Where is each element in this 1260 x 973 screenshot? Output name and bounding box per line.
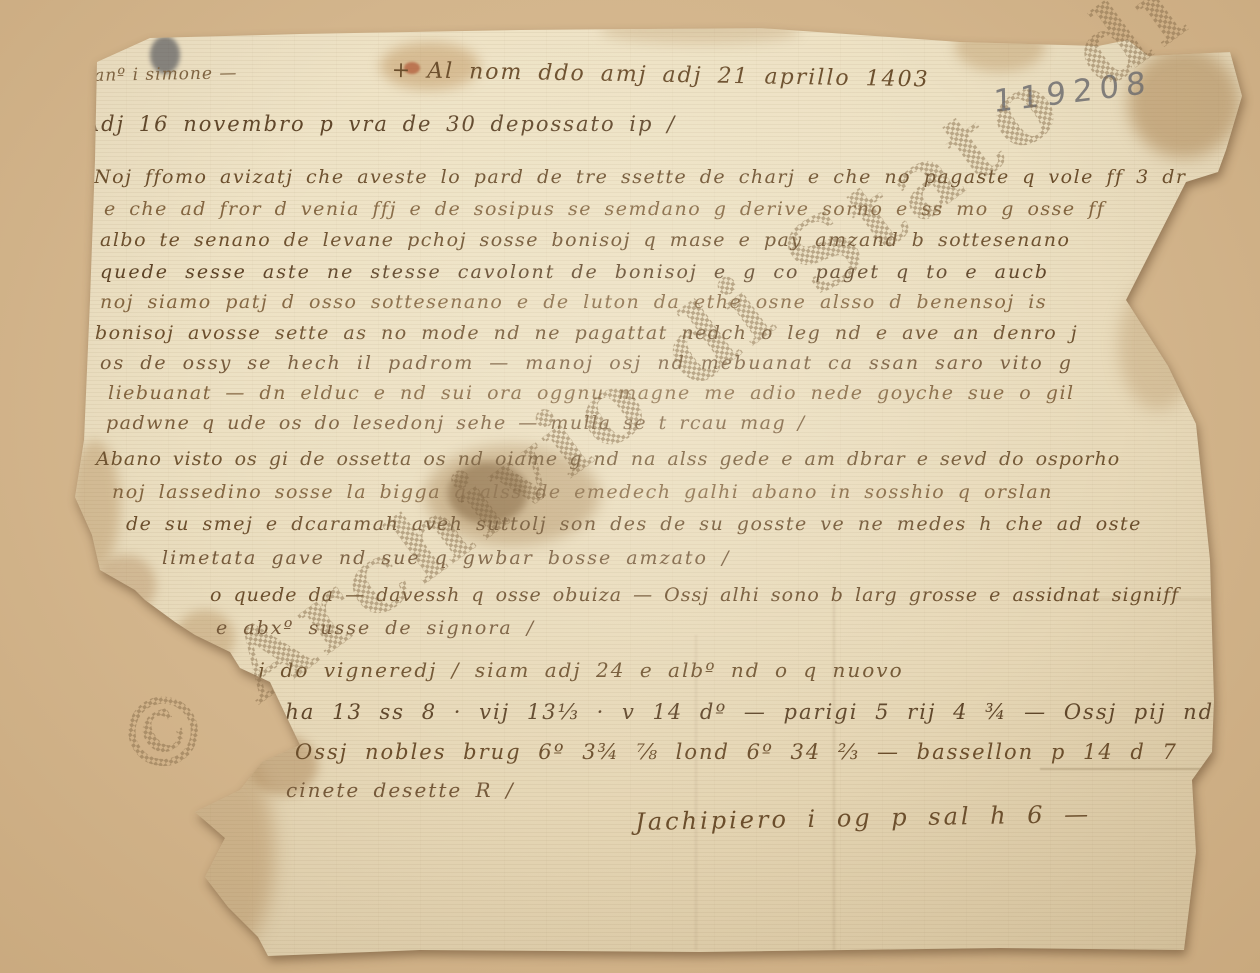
manuscript-line: noj siamo patj d osso sottesenano e de l… bbox=[100, 291, 1047, 313]
stain bbox=[88, 850, 158, 930]
manuscript-line: visha 13 ss 8 · vij 13⅓ · v 14 dº — pari… bbox=[250, 700, 1260, 724]
manuscript-line: quede sesse aste ne stesse cavolont de b… bbox=[100, 261, 1049, 283]
crease-line bbox=[695, 635, 697, 950]
ink-smudge bbox=[150, 36, 180, 74]
manuscript-line: zanº i simone — bbox=[84, 63, 238, 86]
stain bbox=[96, 555, 156, 615]
stain bbox=[70, 440, 120, 570]
manuscript-line: os de ossy se hech il padrom — manoj osj… bbox=[100, 352, 1073, 374]
stain bbox=[248, 735, 318, 795]
stain bbox=[425, 445, 600, 545]
manuscript-line: j do vigneredj / siam adj 24 e albº nd o… bbox=[258, 658, 904, 682]
stain bbox=[165, 745, 275, 960]
stain bbox=[955, 22, 1045, 72]
paper-texture bbox=[0, 0, 1260, 973]
manuscript-line: padwne q ude os do lesedonj sehe — mulla… bbox=[106, 412, 806, 434]
manuscript-paper: zanº i simone — + Al nom ddo amj adj 21 … bbox=[0, 0, 1260, 973]
stain bbox=[404, 62, 420, 74]
manuscript-line: Adj 16 novembro p vra de 30 depossato ip… bbox=[84, 112, 676, 136]
manuscript-line: Ossj nobles brug 6º 3¾ ⅞ lond 6º 34 ⅔ — … bbox=[295, 740, 1178, 764]
manuscript-line: Noj ffomo avizatj che aveste lo pard de … bbox=[94, 166, 1186, 188]
manuscript-signature: Jachipiero i og p sal h 6 — bbox=[635, 800, 1091, 836]
manuscript-line: + Al nom ddo amj adj 21 aprillo 1403 bbox=[392, 58, 930, 92]
manuscript-line: bonisoj avosse sette as no mode nd ne pa… bbox=[95, 322, 1078, 344]
stain bbox=[448, 462, 528, 524]
stain bbox=[380, 42, 480, 90]
paper-vignette bbox=[0, 0, 1260, 973]
manuscript-line: liebuanat — dn elduc e nd sui ora oggnu … bbox=[108, 382, 1075, 404]
archival-number: 119208 bbox=[993, 64, 1153, 120]
manuscript-line: noj lassedino sosse la bigga q alss de e… bbox=[112, 481, 1053, 503]
manuscript-line: albo te senano de levane pchoj sosse bon… bbox=[100, 229, 1070, 251]
manuscript-line: Abano visto os gi de ossetta os nd oiame… bbox=[96, 448, 1120, 470]
manuscript-line: de su smej e dcaramah aveh suttolj son d… bbox=[126, 513, 1142, 535]
manuscript-line: e che ad fror d venia ffj e de sosipus s… bbox=[104, 198, 1105, 220]
crease-line bbox=[833, 585, 835, 950]
scanned-letter-background: zanº i simone — + Al nom ddo amj adj 21 … bbox=[0, 0, 1260, 973]
manuscript-line: o quede da — davessh q osse obuiza — Oss… bbox=[210, 584, 1179, 606]
manuscript-line: e abxº susse de signora / bbox=[216, 617, 535, 639]
manuscript-line: limetata gave nd sue q gwbar bosse amzat… bbox=[162, 547, 730, 569]
stain bbox=[1128, 48, 1240, 158]
stain bbox=[600, 18, 800, 44]
stain bbox=[175, 610, 235, 665]
crease-line bbox=[1055, 598, 1215, 600]
manuscript-line: cinete desette R / bbox=[286, 778, 515, 802]
crease-line bbox=[1040, 768, 1215, 770]
stain bbox=[1118, 280, 1198, 410]
paper-shadow-wrap: zanº i simone — + Al nom ddo amj adj 21 … bbox=[0, 0, 1260, 973]
